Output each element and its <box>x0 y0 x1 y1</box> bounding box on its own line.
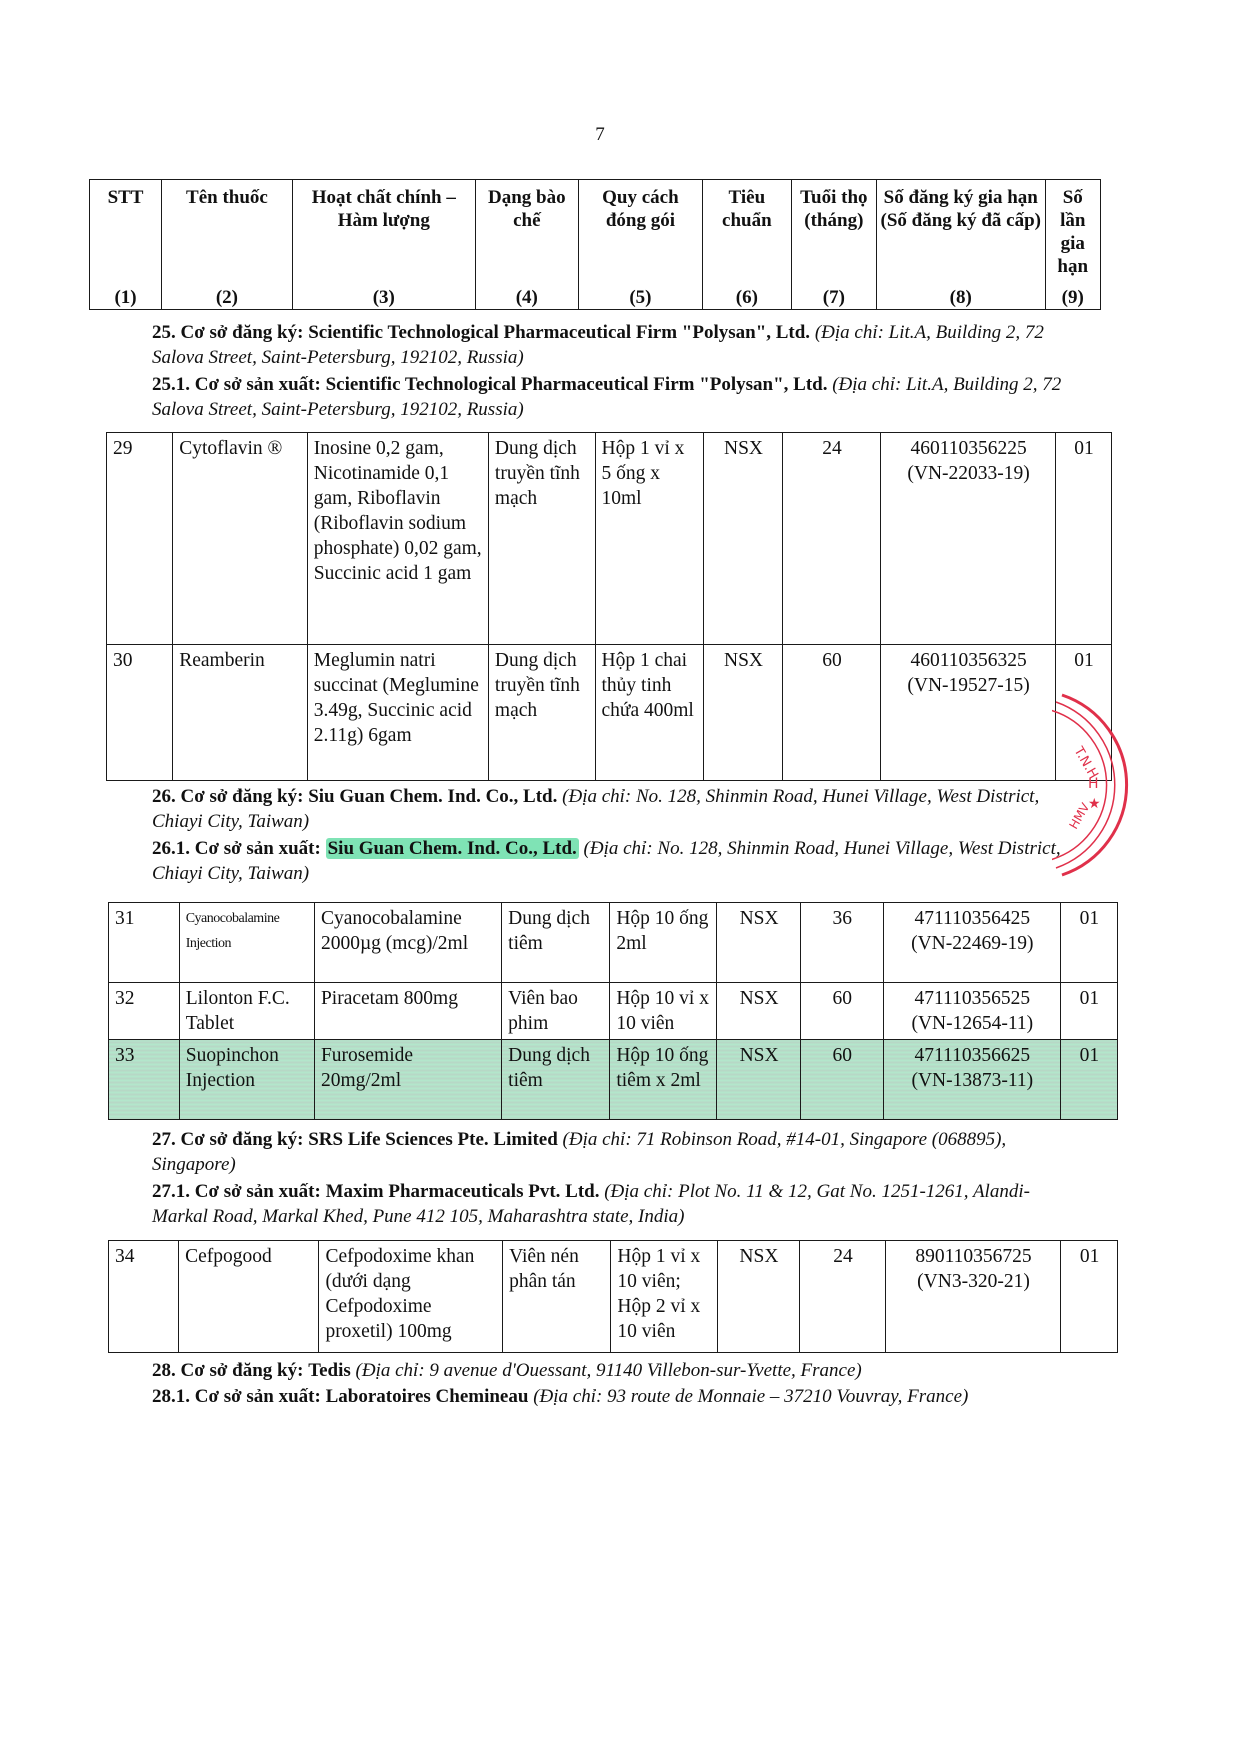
cell-dosage-form: Dung dịch truyền tĩnh mạch <box>488 433 595 645</box>
registrant-label: 26. Cơ sở đăng ký: <box>152 786 303 807</box>
section-26-registrant: 26. Cơ sở đăng ký: Siu Guan Chem. Ind. C… <box>152 784 1072 834</box>
svg-text:H: H <box>1088 776 1099 792</box>
cell-packaging: Hộp 10 vỉ x 10 viên <box>610 983 717 1040</box>
page-number: 7 <box>0 124 1200 146</box>
cell-packaging: Hộp 1 chai thủy tinh chứa 400ml <box>595 645 704 781</box>
old-reg-no: (VN-12654-11) <box>911 1013 1033 1034</box>
section-26-manufacturer: 26.1. Cơ sở sản xuất: Siu Guan Chem. Ind… <box>152 836 1072 886</box>
col-number: (6) <box>703 286 792 310</box>
drug-table-section-27: 34 Cefpogood Cefpodoxime khan (dưới dạng… <box>108 1240 1118 1353</box>
cell-renewal-count: 01 <box>1056 433 1112 645</box>
reg-no: 460110356225 <box>910 438 1026 459</box>
cell-registration-number: 890110356725(VN3-320-21) <box>885 1241 1060 1353</box>
old-reg-no: (VN3-320-21) <box>917 1271 1030 1292</box>
old-reg-no: (VN-22033-19) <box>907 463 1029 484</box>
cell-standard: NSX <box>717 1241 800 1353</box>
cell-dosage-form: Viên bao phim <box>502 983 610 1040</box>
cell-drug-name: Cytoflavin ® <box>173 433 308 645</box>
cell-drug-name: Cyanocobalamine Injection <box>179 903 314 983</box>
cell-standard: NSX <box>717 983 800 1040</box>
cell-renewal-count: 01 <box>1060 1040 1117 1120</box>
cell-active-ingredient: Cefpodoxime khan (dưới dạng Cefpodoxime … <box>319 1241 503 1353</box>
cell-dosage-form: Viên nén phân tán <box>503 1241 611 1353</box>
registrant-label: 28. Cơ sở đăng ký: <box>152 1360 303 1381</box>
cell-shelf-life: 60 <box>800 983 883 1040</box>
old-reg-no: (VN-19527-15) <box>907 675 1029 696</box>
col-number: (1) <box>90 286 162 310</box>
col-number: (8) <box>877 286 1045 310</box>
registrant-name: Scientific Technological Pharmaceutical … <box>308 322 810 343</box>
official-stamp-icon: T.N.H H ★ HMV <box>1052 690 1212 880</box>
registrant-name: Tedis <box>308 1360 351 1381</box>
cell-packaging: Hộp 10 ống 2ml <box>610 903 717 983</box>
col-header-active-ingredient: Hoạt chất chính – Hàm lượng <box>292 180 475 287</box>
cell-shelf-life: 36 <box>800 903 883 983</box>
cell-shelf-life: 60 <box>800 1040 883 1120</box>
reg-no: 471110356425 <box>915 908 1031 929</box>
table-row-highlighted: 33 Suopinchon Injection Furosemide 20mg/… <box>109 1040 1118 1120</box>
cell-standard: NSX <box>717 903 800 983</box>
cell-registration-number: 471110356625(VN-13873-11) <box>883 1040 1060 1120</box>
table-row: 34 Cefpogood Cefpodoxime khan (dưới dạng… <box>109 1241 1118 1353</box>
manufacturer-label: 28.1. Cơ sở sản xuất: <box>152 1386 321 1407</box>
reg-no: 471110356525 <box>915 988 1031 1009</box>
cell-renewal-count: 01 <box>1061 1241 1118 1353</box>
cell-active-ingredient: Meglumin natri succinat (Meglumine 3.49g… <box>307 645 488 781</box>
table-row: 29 Cytoflavin ® Inosine 0,2 gam, Nicotin… <box>107 433 1112 645</box>
cell-registration-number: 460110356325(VN-19527-15) <box>881 645 1056 781</box>
section-27-registrant: 27. Cơ sở đăng ký: SRS Life Sciences Pte… <box>152 1127 1072 1177</box>
manufacturer-address: (Địa chỉ: 93 route de Monnaie – 37210 Vo… <box>533 1386 968 1407</box>
cell-stt: 33 <box>109 1040 180 1120</box>
cell-drug-name: Cefpogood <box>179 1241 319 1353</box>
registrant-name: SRS Life Sciences Pte. Limited <box>308 1129 558 1150</box>
cell-active-ingredient: Piracetam 800mg <box>314 983 501 1040</box>
col-header-shelf-life: Tuổi thọ (tháng) <box>791 180 876 287</box>
cell-drug-name: Suopinchon Injection <box>179 1040 314 1120</box>
old-reg-no: (VN-13873-11) <box>911 1070 1033 1091</box>
cell-shelf-life: 60 <box>782 645 880 781</box>
col-header-drug-name: Tên thuốc <box>162 180 293 287</box>
col-header-dosage-form: Dạng bào chế <box>475 180 578 287</box>
col-number: (7) <box>791 286 876 310</box>
cell-registration-number: 471110356425(VN-22469-19) <box>883 903 1060 983</box>
col-number: (2) <box>162 286 293 310</box>
manufacturer-name: Scientific Technological Pharmaceutical … <box>326 374 828 395</box>
col-number: (4) <box>475 286 578 310</box>
col-number: (9) <box>1045 286 1101 310</box>
manufacturer-name: Maxim Pharmaceuticals Pvt. Ltd. <box>326 1181 600 1202</box>
table-row: 30 Reamberin Meglumin natri succinat (Me… <box>107 645 1112 781</box>
section-25-manufacturer: 25.1. Cơ sở sản xuất: Scientific Technol… <box>152 372 1072 422</box>
manufacturer-name: Laboratoires Chemineau <box>326 1386 529 1407</box>
table-row: 32 Lilonton F.C. Tablet Piracetam 800mg … <box>109 983 1118 1040</box>
manufacturer-label: 27.1. Cơ sở sản xuất: <box>152 1181 321 1202</box>
reg-no: 460110356325 <box>910 650 1026 671</box>
cell-packaging: Hộp 10 ống tiêm x 2ml <box>610 1040 717 1120</box>
cell-dosage-form: Dung dịch tiêm <box>502 1040 610 1120</box>
col-number: (5) <box>578 286 702 310</box>
registrant-label: 25. Cơ sở đăng ký: <box>152 322 303 343</box>
col-number: (3) <box>292 286 475 310</box>
section-27-manufacturer: 27.1. Cơ sở sản xuất: Maxim Pharmaceutic… <box>152 1179 1072 1229</box>
cell-renewal-count: 01 <box>1060 903 1117 983</box>
cell-packaging: Hộp 1 vỉ x 5 ống x 10ml <box>595 433 704 645</box>
old-reg-no: (VN-22469-19) <box>911 933 1033 954</box>
col-header-registration-number: Số đăng ký gia hạn (Số đăng ký đã cấp) <box>877 180 1045 287</box>
manufacturer-label: 25.1. Cơ sở sản xuất: <box>152 374 321 395</box>
cell-packaging: Hộp 1 vỉ x 10 viên; Hộp 2 vỉ x 10 viên <box>611 1241 717 1353</box>
col-header-renewal-count: Số lần gia hạn <box>1045 180 1101 287</box>
cell-stt: 29 <box>107 433 173 645</box>
section-25-registrant: 25. Cơ sở đăng ký: Scientific Technologi… <box>152 320 1072 370</box>
cell-renewal-count: 01 <box>1060 983 1117 1040</box>
registrant-address: (Địa chỉ: 9 avenue d'Ouessant, 91140 Vil… <box>356 1360 862 1381</box>
cell-active-ingredient: Cyanocobalamine 2000µg (mcg)/2ml <box>314 903 501 983</box>
col-header-stt: STT <box>90 180 162 287</box>
manufacturer-label: 26.1. Cơ sở sản xuất: <box>152 838 321 859</box>
table-row: 31 Cyanocobalamine Injection Cyanocobala… <box>109 903 1118 983</box>
cell-drug-name: Reamberin <box>173 645 308 781</box>
cell-standard: NSX <box>704 433 783 645</box>
registrant-label: 27. Cơ sở đăng ký: <box>152 1129 303 1150</box>
table-header: STT Tên thuốc Hoạt chất chính – Hàm lượn… <box>89 179 1101 310</box>
cell-stt: 31 <box>109 903 180 983</box>
section-28-manufacturer: 28.1. Cơ sở sản xuất: Laboratoires Chemi… <box>152 1384 1072 1409</box>
cell-active-ingredient: Inosine 0,2 gam, Nicotinamide 0,1 gam, R… <box>307 433 488 645</box>
col-header-packaging: Quy cách đóng gói <box>578 180 702 287</box>
cell-stt: 30 <box>107 645 173 781</box>
col-header-standard: Tiêu chuẩn <box>703 180 792 287</box>
reg-no: 890110356725 <box>915 1246 1031 1267</box>
drug-table-section-26: 31 Cyanocobalamine Injection Cyanocobala… <box>108 902 1118 1120</box>
cell-active-ingredient: Furosemide 20mg/2ml <box>314 1040 501 1120</box>
cell-dosage-form: Dung dịch truyền tĩnh mạch <box>488 645 595 781</box>
registrant-name: Siu Guan Chem. Ind. Co., Ltd. <box>308 786 557 807</box>
cell-shelf-life: 24 <box>782 433 880 645</box>
cell-standard: NSX <box>704 645 783 781</box>
cell-drug-name: Lilonton F.C. Tablet <box>179 983 314 1040</box>
cell-registration-number: 471110356525(VN-12654-11) <box>883 983 1060 1040</box>
cell-shelf-life: 24 <box>800 1241 886 1353</box>
cell-dosage-form: Dung dịch tiêm <box>502 903 610 983</box>
cell-registration-number: 460110356225(VN-22033-19) <box>881 433 1056 645</box>
cell-stt: 32 <box>109 983 180 1040</box>
cell-stt: 34 <box>109 1241 179 1353</box>
manufacturer-name-highlighted: Siu Guan Chem. Ind. Co., Ltd. <box>326 838 579 859</box>
section-28-registrant: 28. Cơ sở đăng ký: Tedis (Địa chỉ: 9 ave… <box>152 1358 1072 1383</box>
cell-standard: NSX <box>717 1040 800 1120</box>
reg-no: 471110356625 <box>915 1045 1031 1066</box>
drug-table-section-25: 29 Cytoflavin ® Inosine 0,2 gam, Nicotin… <box>106 432 1112 781</box>
